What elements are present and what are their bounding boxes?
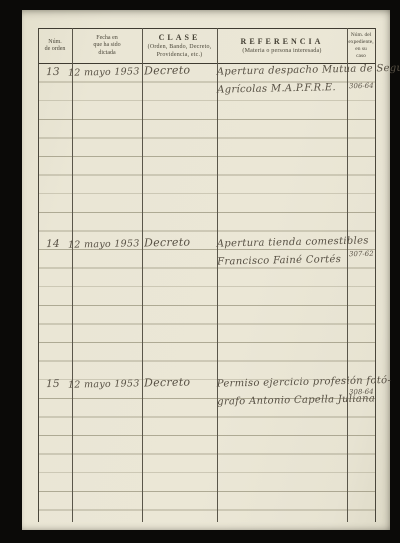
header-expediente: Núm. del expediente, en su caso — [347, 28, 375, 64]
ruled-lines — [39, 64, 375, 522]
header-fecha-line3: dictada — [98, 50, 115, 58]
entry-expediente: 307-62 — [349, 250, 374, 259]
table-border-right — [375, 28, 376, 522]
header-num-line1: Núm. — [48, 39, 62, 47]
column-line-3 — [217, 28, 218, 522]
header-expediente-line1: Núm. del — [351, 32, 371, 39]
header-clase-title: CLASE — [159, 33, 201, 43]
header-num-line2: de orden — [45, 46, 66, 54]
header-referencia: REFERENCIA (Materia o persona interesada… — [217, 28, 347, 64]
header-clase: CLASE (Orden, Bando, Decreto, Providenci… — [142, 28, 217, 64]
header-fecha-line1: Fecha en — [96, 35, 118, 43]
header-expediente-line4: caso — [356, 53, 366, 60]
entry-ref-line1: Apertura tienda comestibles — [217, 232, 369, 254]
entry-ref-line2: Francisco Fainé Cortés — [217, 251, 369, 273]
column-line-1 — [72, 28, 73, 522]
scanned-ledger-page: { "header": { "col1": { "line1": "Núm.",… — [0, 0, 400, 543]
entry-referencia: Apertura tienda comestibles Francisco Fa… — [217, 232, 370, 272]
entry-clase: Decreto — [144, 236, 191, 250]
header-referencia-title: REFERENCIA — [241, 37, 324, 47]
column-line-2 — [142, 28, 143, 522]
entry-clase: Decreto — [144, 64, 191, 78]
entry-num: 15 — [46, 378, 60, 390]
column-line-4 — [347, 28, 348, 522]
header-clase-sub1: (Orden, Bando, Decreto, — [148, 44, 212, 52]
entry-referencia: Apertura despacho Mutua de Seguros Agríc… — [217, 60, 376, 100]
entry-fecha: 12 mayo 1953 — [68, 238, 140, 250]
entry-num: 13 — [46, 66, 60, 78]
entry-clase: Decreto — [144, 376, 191, 390]
entry-expediente: 308-64 — [349, 388, 374, 397]
entry-expediente: 306-64 — [349, 82, 374, 91]
header-referencia-sub1: (Materia o persona interesada) — [242, 48, 321, 56]
entry-num: 14 — [46, 238, 60, 250]
entry-fecha: 12 mayo 1953 — [68, 378, 140, 390]
header-clase-sub2: Providencia, etc.) — [157, 52, 203, 60]
header-fecha-line2: que ha sido — [93, 42, 120, 50]
header-fecha: Fecha en que ha sido dictada — [72, 28, 142, 64]
entry-fecha: 12 mayo 1953 — [68, 66, 140, 78]
header-num-orden: Núm. de orden — [38, 28, 72, 64]
header-expediente-line2: expediente, — [348, 39, 373, 46]
table-border-left — [38, 28, 39, 522]
entry-ref-line1: Apertura despacho Mutua de Seguros — [217, 60, 375, 82]
header-expediente-line3: en su — [355, 46, 366, 53]
ledger-paper: Núm. de orden Fecha en que ha sido dicta… — [22, 10, 390, 530]
